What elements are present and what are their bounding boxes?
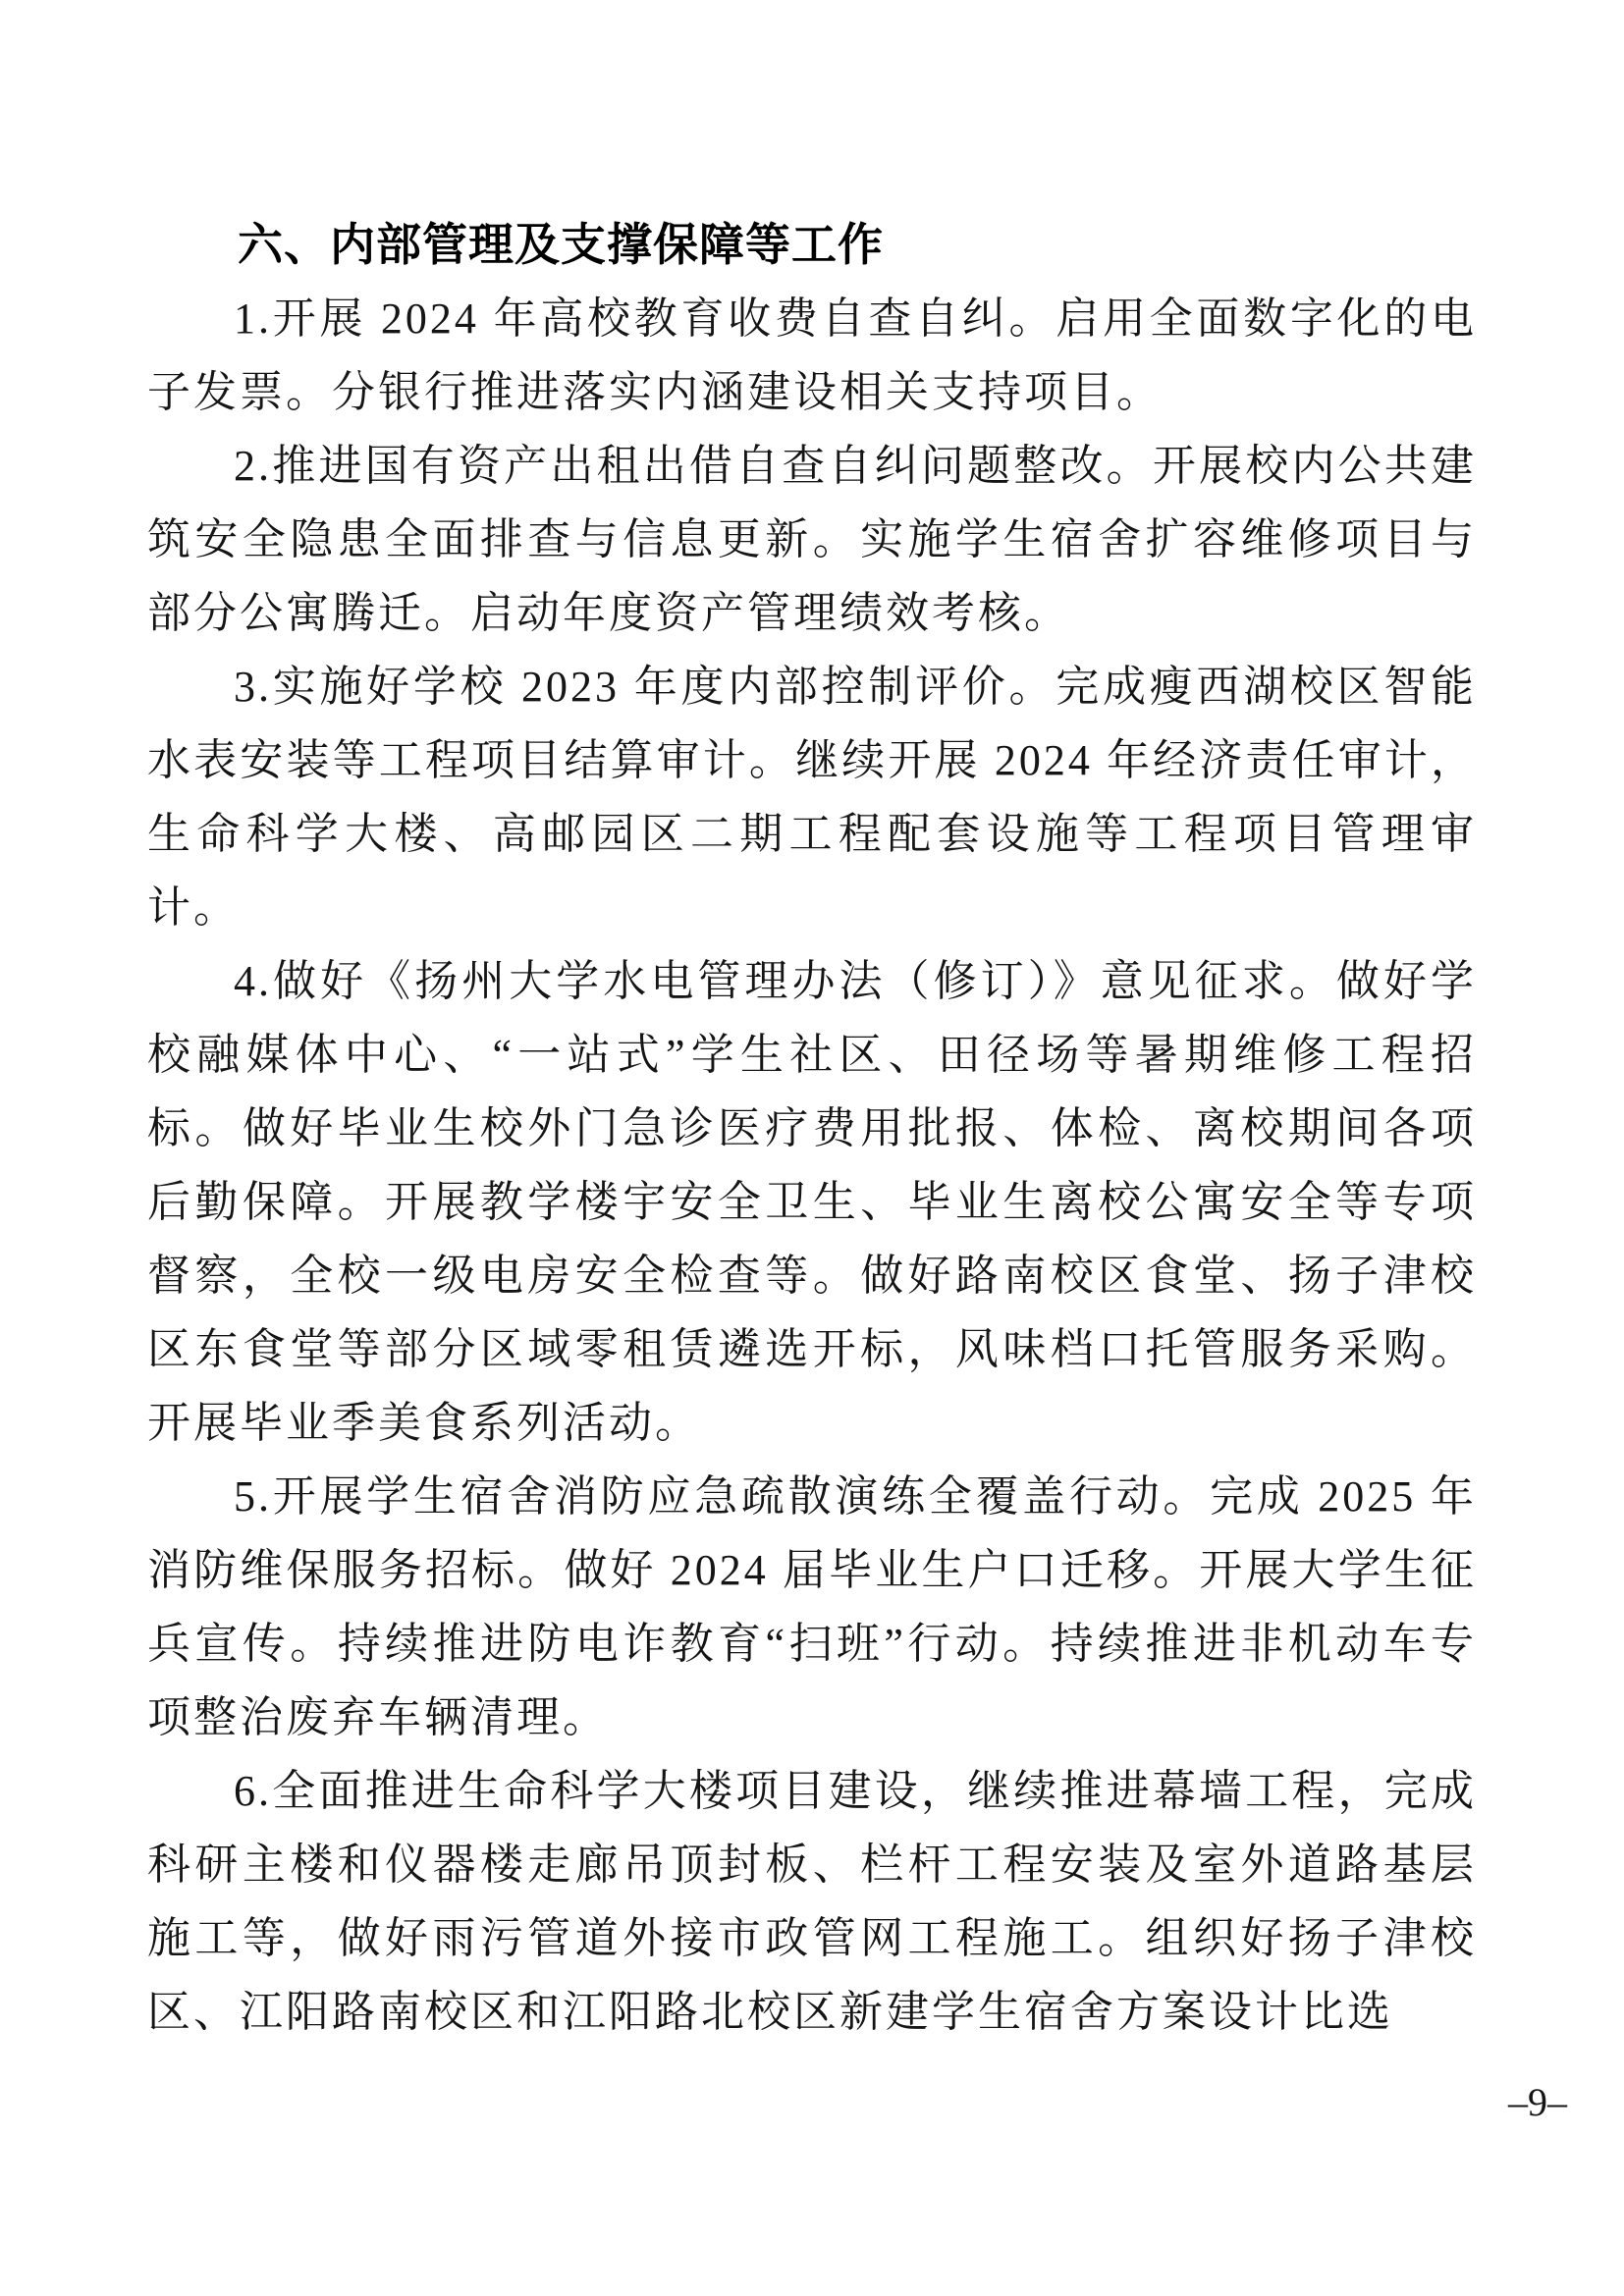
paragraph-5: 5.开展学生宿舍消防应急疏散演练全覆盖行动。完成 2025 年消防维保服务招标。… bbox=[147, 1460, 1477, 1754]
paragraph-6: 6.全面推进生命科学大楼项目建设，继续推进幕墙工程，完成科研主楼和仪器楼走廊吊顶… bbox=[147, 1754, 1477, 2049]
document-page: 六、内部管理及支撑保障等工作 1.开展 2024 年高校教育收费自查自纠。启用全… bbox=[0, 0, 1624, 2296]
section-heading: 六、内部管理及支撑保障等工作 bbox=[147, 208, 1477, 282]
paragraph-3: 3.实施好学校 2023 年度内部控制评价。完成瘦西湖校区智能水表安装等工程项目… bbox=[147, 650, 1477, 944]
paragraph-4: 4.做好《扬州大学水电管理办法（修订）》意见征求。做好学校融媒体中心、“一站式”… bbox=[147, 944, 1477, 1460]
page-number: –9– bbox=[1508, 2073, 1567, 2132]
paragraph-1: 1.开展 2024 年高校教育收费自查自纠。启用全面数字化的电子发票。分银行推进… bbox=[147, 282, 1477, 429]
document-content: 六、内部管理及支撑保障等工作 1.开展 2024 年高校教育收费自查自纠。启用全… bbox=[147, 208, 1477, 2049]
paragraph-2: 2.推进国有资产出租出借自查自纠问题整改。开展校内公共建筑安全隐患全面排查与信息… bbox=[147, 429, 1477, 650]
